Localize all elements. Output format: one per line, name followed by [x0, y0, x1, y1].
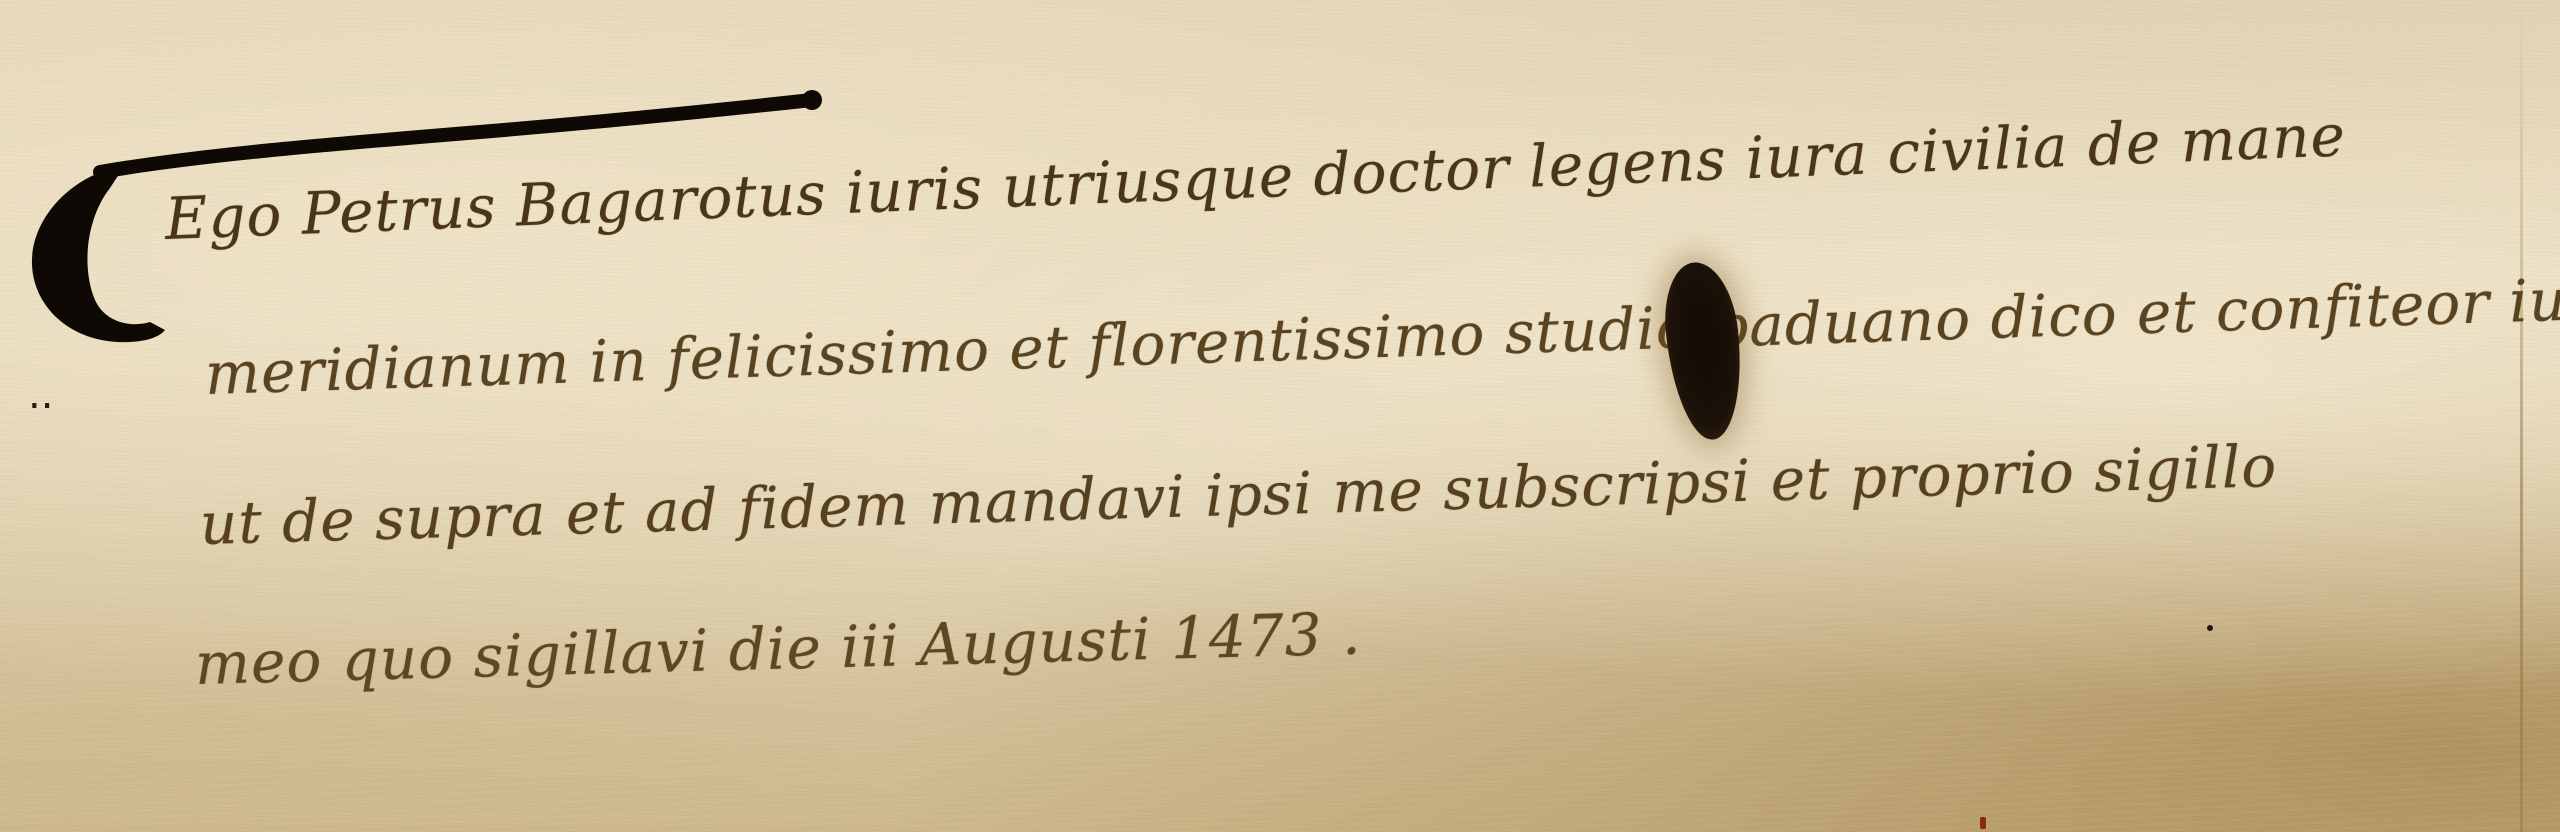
manuscript-line-3: ut de supra et ad fidem mandavi ipsi me … [199, 432, 2278, 558]
manuscript-line-4: meo quo sigillavi die iii Augusti 1473 . [194, 599, 1362, 698]
ink-blot-stain [1659, 259, 1749, 444]
ink-dot [2207, 625, 2213, 631]
margin-mark: .. [28, 372, 53, 418]
fold-crease [2520, 0, 2523, 832]
red-ink-mark [1980, 817, 1986, 829]
